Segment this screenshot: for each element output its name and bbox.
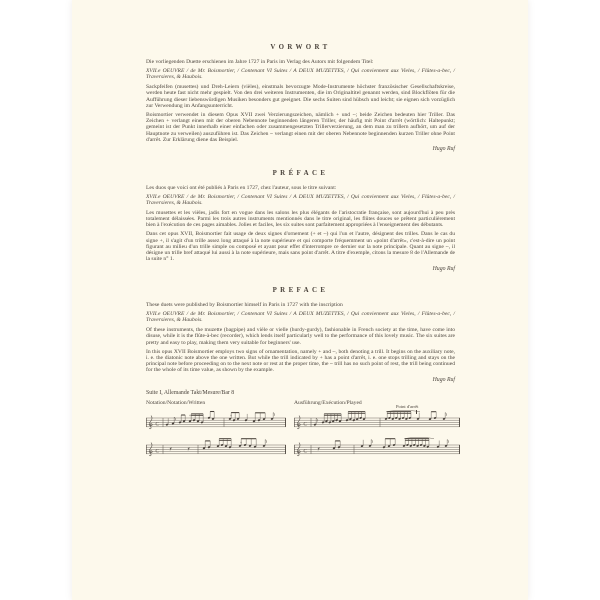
music-example: Suite I, Allemande Takt/Mesure/Bar 8 Not… <box>146 390 455 463</box>
played-label: Ausführung/Exécution/Played <box>294 400 460 406</box>
notation-example-block: Notation/Notation/Written C++ C+ <box>146 400 286 462</box>
example-caption: Suite I, Allemande Takt/Mesure/Bar 8 <box>146 390 455 396</box>
notation-staff-lower: C+ <box>146 436 286 462</box>
vorwort-paragraph-3: Boismortier verwendet in diesem Opus XVI… <box>146 112 455 143</box>
vorwort-heading: VORWORT <box>146 44 455 52</box>
preface-fr-paragraph-3: Dans cet opus XVII, Boismortier fait usa… <box>146 231 455 262</box>
point-darret-tick <box>416 410 417 414</box>
notation-label: Notation/Notation/Written <box>146 400 286 406</box>
point-darret-annotation: Point d'arrêt <box>396 405 418 410</box>
played-example-block: Ausführung/Exécution/Played Point d'arrê… <box>294 400 460 462</box>
preface-fr-citation: XVII.e OEUVRE / de Mr. Boismortier, / Co… <box>146 194 455 207</box>
score-page: VORWORT Die vorliegenden Duette erschien… <box>72 0 528 600</box>
preface-fr-paragraph-1: Les duos que voici ont été publiés à Par… <box>146 185 455 191</box>
preface-fr-paragraph-2: Les musettes et les vièles, jadis fort e… <box>146 210 455 229</box>
vorwort-paragraph-1: Die vorliegenden Duette erschienen im Ja… <box>146 59 455 65</box>
preface-en-paragraph-3: In this opus XVII Boismortier employs tw… <box>146 349 455 374</box>
preface-en-heading: PREFACE <box>146 287 455 295</box>
preface-en-paragraph-2: Of these instruments, the muzette (bagpi… <box>146 327 455 346</box>
preface-fr-heading: PRÉFACE <box>146 170 455 178</box>
preface-en-signature: Hugo Ruf <box>146 377 455 383</box>
notation-staff-upper: C++ <box>146 409 286 435</box>
preface-fr-signature: Hugo Ruf <box>146 266 455 272</box>
page-content: VORWORT Die vorliegenden Duette erschien… <box>146 44 455 463</box>
vorwort-signature: Hugo Ruf <box>146 146 455 152</box>
preface-en-citation: XVII.e OEUVRE / de Mr. Boismortier, / Co… <box>146 311 455 324</box>
vorwort-paragraph-2: Sackpfeifen (musettes) und Dreh-Leiern (… <box>146 84 455 109</box>
svg-text:+: + <box>189 413 191 417</box>
preface-en-paragraph-1: These duets were published by Boismortie… <box>146 302 455 308</box>
played-staff-upper: C <box>294 409 460 435</box>
played-staff-lower: C <box>294 436 460 462</box>
vorwort-citation: XVII.e OEUVRE / de Mr. Boismortier, / Co… <box>146 68 455 81</box>
